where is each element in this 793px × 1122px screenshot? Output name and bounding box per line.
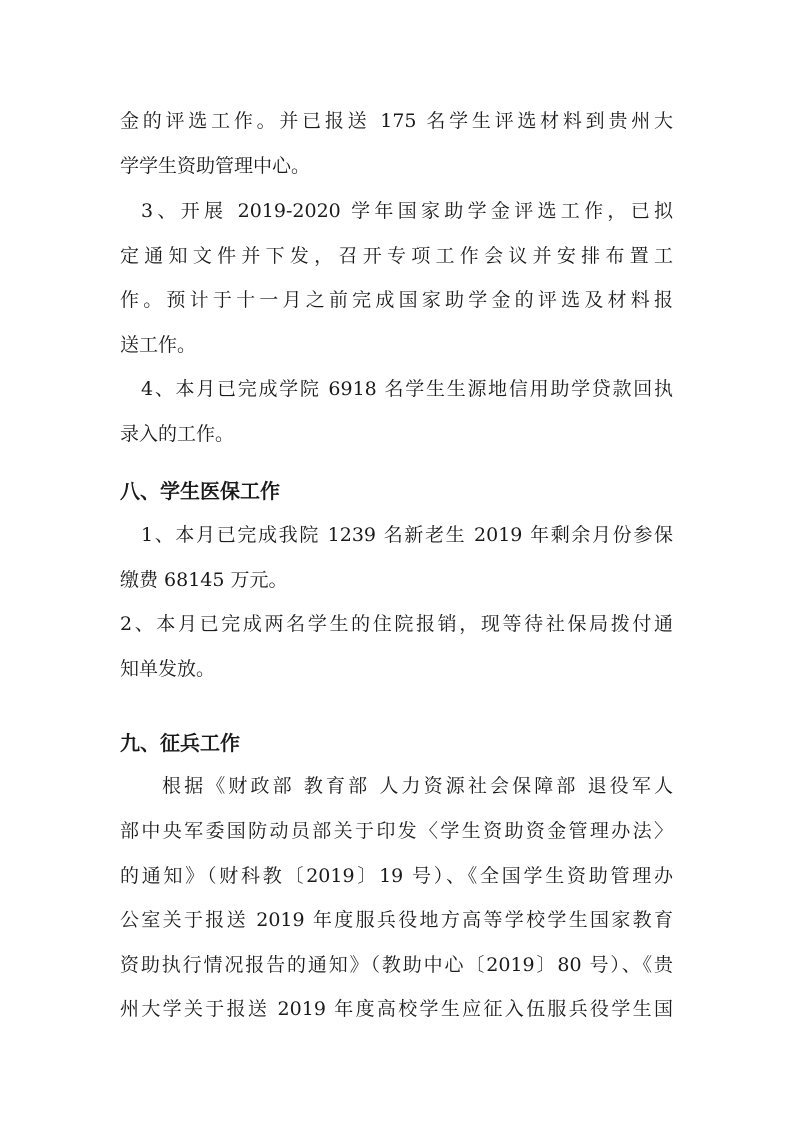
paragraph-line: 3、开展 2019-2020 学年国家助学金评选工作，已拟: [141, 197, 673, 225]
paragraph-line: 根据《财政部 教育部 人力资源社会保障部 退役军人: [162, 772, 673, 800]
section-heading-medical-insurance: 八、学生医保工作: [120, 476, 280, 506]
paragraph-line: 州大学关于报送 2019 年度高校学生应征入伍服兵役学生国: [120, 995, 673, 1023]
paragraph-line: 金的评选工作。并已报送 175 名学生评选材料到贵州大: [120, 107, 673, 135]
paragraph-line: 公室关于报送 2019 年度服兵役地方高等学校学生国家教育: [120, 906, 673, 934]
paragraph-line: 录入的工作。: [120, 420, 673, 448]
paragraph-line: 4、本月已完成学院 6918 名学生生源地信用助学贷款回执: [141, 375, 673, 403]
paragraph-line: 部中央军委国防动员部关于印发〈学生资助资金管理办法〉: [120, 817, 673, 845]
paragraph-line: 1、本月已完成我院 1239 名新老生 2019 年剩余月份参保: [141, 521, 673, 549]
paragraph-line: 送工作。: [120, 331, 673, 359]
paragraph-line: 知单发放。: [120, 655, 673, 683]
paragraph-line: 2、本月已完成两名学生的住院报销，现等待社保局拨付通: [120, 610, 673, 638]
paragraph-line: 的通知》（财科教〔2019〕19 号）、《全国学生资助管理办: [120, 862, 673, 890]
paragraph-line: 作。预计于十一月之前完成国家助学金的评选及材料报: [120, 286, 673, 314]
paragraph-line: 定通知文件并下发，召开专项工作会议并安排布置工: [120, 242, 673, 270]
section-heading-conscription: 九、征兵工作: [120, 728, 240, 758]
paragraph-line: 缴费 68145 万元。: [120, 566, 673, 594]
document-page: 金的评选工作。并已报送 175 名学生评选材料到贵州大 学学生资助管理中心。 3…: [0, 0, 793, 1122]
paragraph-line: 资助执行情况报告的通知》（教助中心〔2019〕80 号）、《贵: [120, 951, 673, 979]
paragraph-line: 学学生资助管理中心。: [120, 152, 673, 180]
